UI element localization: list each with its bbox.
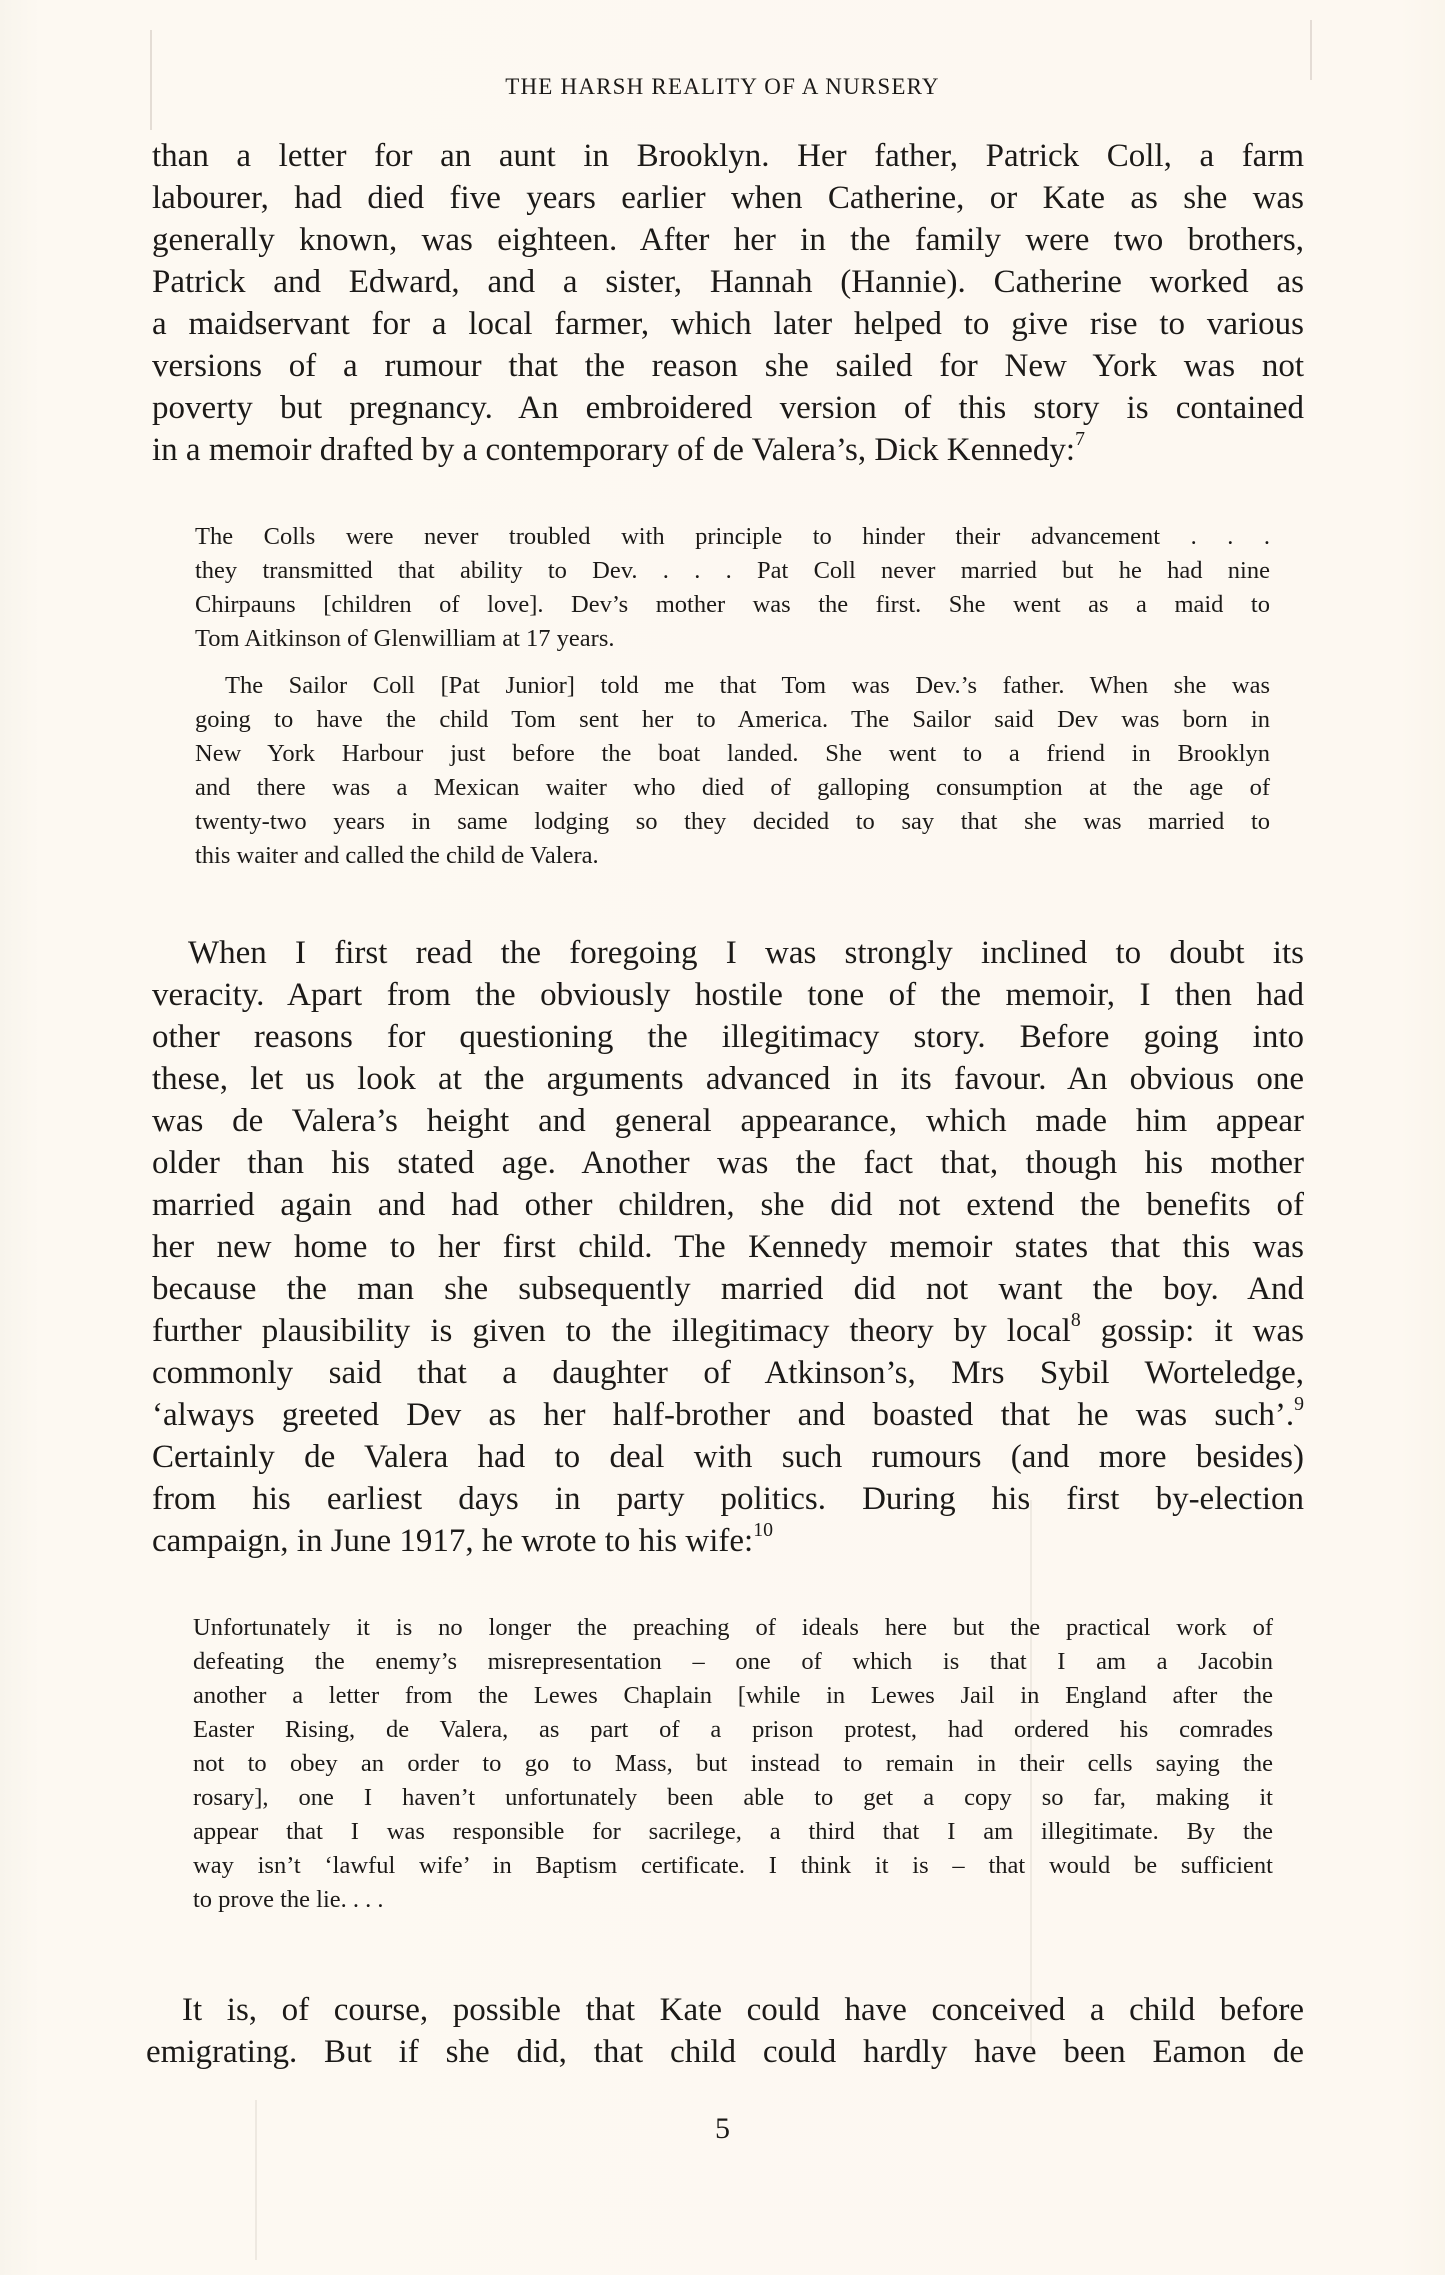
text-line: generally known, was eighteen. After her… bbox=[152, 222, 1304, 259]
quote-line: and there was a Mexican waiter who died … bbox=[195, 774, 1270, 802]
text-line: older than his stated age. Another was t… bbox=[152, 1145, 1304, 1182]
text-line: because the man she subsequently married… bbox=[152, 1271, 1304, 1308]
text-line: from his earliest days in party politics… bbox=[152, 1481, 1304, 1518]
text-line: was de Valera’s height and general appea… bbox=[152, 1103, 1304, 1140]
quote-line: this waiter and called the child de Vale… bbox=[195, 842, 1270, 870]
quote-line: Tom Aitkinson of Glenwilliam at 17 years… bbox=[195, 625, 1270, 653]
text-line: her new home to her first child. The Ken… bbox=[152, 1229, 1304, 1266]
text-line: versions of a rumour that the reason she… bbox=[152, 348, 1304, 385]
quote-line: Unfortunately it is no longer the preach… bbox=[193, 1614, 1273, 1642]
text-line: these, let us look at the arguments adva… bbox=[152, 1061, 1304, 1098]
quote-line: New York Harbour just before the boat la… bbox=[195, 740, 1270, 768]
quote-line: appear that I was responsible for sacril… bbox=[193, 1818, 1273, 1846]
text-line: in a memoir drafted by a contemporary of… bbox=[152, 432, 1304, 469]
text-line: It is, of course, possible that Kate cou… bbox=[182, 1992, 1304, 2029]
text-line: than a letter for an aunt in Brooklyn. H… bbox=[152, 138, 1304, 175]
quote-line: Chirpauns [children of love]. Dev’s moth… bbox=[195, 591, 1270, 619]
text-line: When I first read the foregoing I was st… bbox=[188, 935, 1304, 972]
text-line: a maidservant for a local farmer, which … bbox=[152, 306, 1304, 343]
quote-line: twenty-two years in same lodging so they… bbox=[195, 808, 1270, 836]
running-head: THE HARSH REALITY OF A NURSERY bbox=[0, 74, 1445, 100]
text-fragment: further plausibility is given to the ill… bbox=[152, 1313, 1071, 1349]
text-line: further plausibility is given to the ill… bbox=[152, 1313, 1304, 1350]
text-fragment: in a memoir drafted by a contemporary of… bbox=[152, 432, 1075, 468]
quote-line: not to obey an order to go to Mass, but … bbox=[193, 1750, 1273, 1778]
text-line: ‘always greeted Dev as her half-brother … bbox=[152, 1397, 1304, 1434]
quote-line: The Sailor Coll [Pat Junior] told me tha… bbox=[225, 672, 1270, 700]
footnote-ref[interactable]: 10 bbox=[753, 1519, 773, 1541]
text-line: veracity. Apart from the obviously hosti… bbox=[152, 977, 1304, 1014]
text-line: married again and had other children, sh… bbox=[152, 1187, 1304, 1224]
text-line: Patrick and Edward, and a sister, Hannah… bbox=[152, 264, 1304, 301]
page-crease bbox=[1310, 20, 1312, 80]
text-line: campaign, in June 1917, he wrote to his … bbox=[152, 1523, 1304, 1560]
quote-line: Easter Rising, de Valera, as part of a p… bbox=[193, 1716, 1273, 1744]
quote-line: to prove the lie. . . . bbox=[193, 1886, 1273, 1914]
text-fragment: ‘always greeted Dev as her half-brother … bbox=[152, 1397, 1294, 1433]
text-line: poverty but pregnancy. An embroidered ve… bbox=[152, 390, 1304, 427]
page-number: 5 bbox=[0, 2112, 1445, 2146]
quote-line: defeating the enemy’s misrepresentation … bbox=[193, 1648, 1273, 1676]
text-fragment: campaign, in June 1917, he wrote to his … bbox=[152, 1523, 753, 1559]
quote-line: another a letter from the Lewes Chaplain… bbox=[193, 1682, 1273, 1710]
footnote-ref[interactable]: 8 bbox=[1071, 1309, 1081, 1331]
text-line: commonly said that a daughter of Atkinso… bbox=[152, 1355, 1304, 1392]
page-crease bbox=[1030, 1500, 1032, 2060]
text-line: other reasons for questioning the illegi… bbox=[152, 1019, 1304, 1056]
book-page: THE HARSH REALITY OF A NURSERY than a le… bbox=[0, 0, 1445, 2275]
quote-line: going to have the child Tom sent her to … bbox=[195, 706, 1270, 734]
text-line: Certainly de Valera had to deal with suc… bbox=[152, 1439, 1304, 1476]
quote-line: they transmitted that ability to Dev. . … bbox=[195, 557, 1270, 585]
text-line: labourer, had died five years earlier wh… bbox=[152, 180, 1304, 217]
quote-line: rosary], one I haven’t unfortunately bee… bbox=[193, 1784, 1273, 1812]
text-line: emigrating. But if she did, that child c… bbox=[146, 2034, 1304, 2071]
footnote-ref[interactable]: 9 bbox=[1294, 1393, 1304, 1415]
quote-line: The Colls were never troubled with princ… bbox=[195, 523, 1270, 551]
quote-line: way isn’t ‘lawful wife’ in Baptism certi… bbox=[193, 1852, 1273, 1880]
footnote-ref[interactable]: 7 bbox=[1075, 428, 1085, 450]
text-fragment: gossip: it was bbox=[1081, 1313, 1304, 1349]
